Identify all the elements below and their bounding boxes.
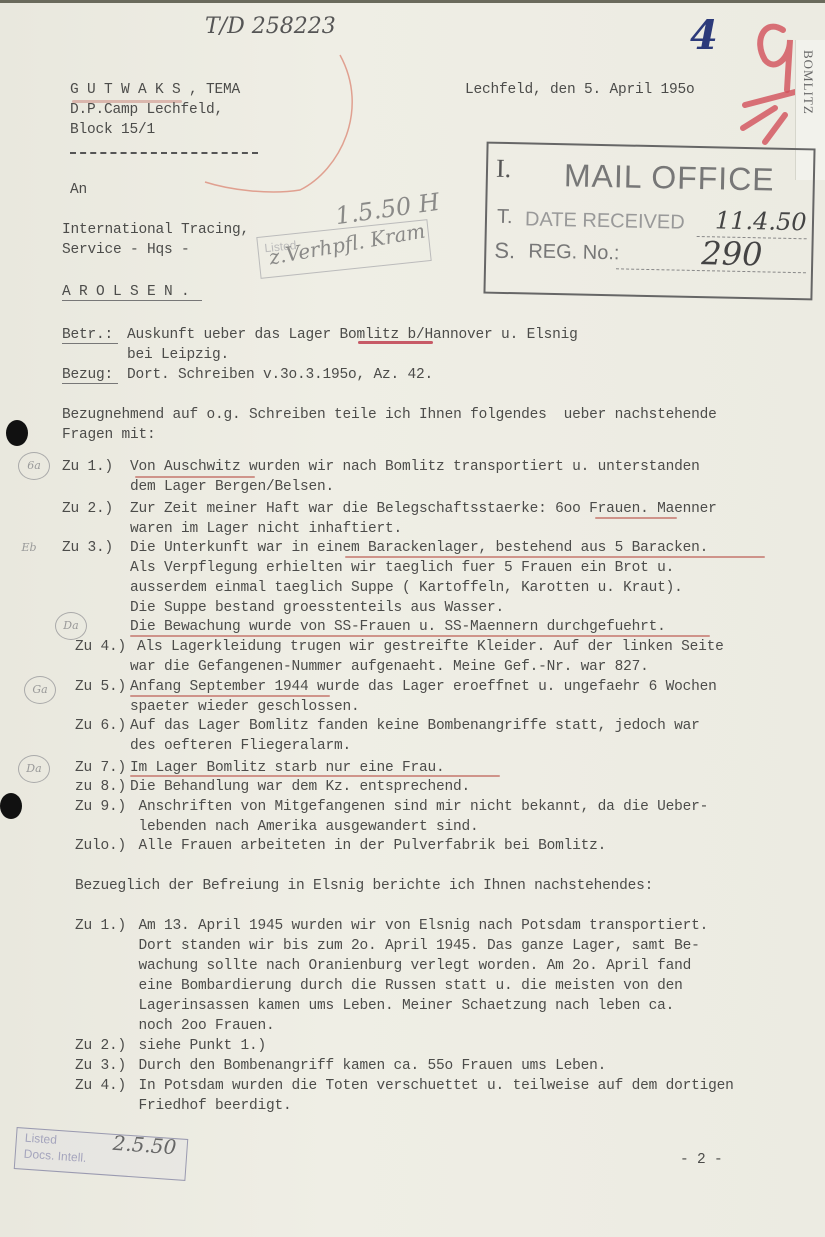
margin-note-3: Eb bbox=[14, 535, 44, 561]
s2-q4-line-1: In Potsdam wurden die Toten verschuettet… bbox=[130, 1076, 734, 1096]
recipient-line-2: Service - Hqs - bbox=[62, 240, 190, 260]
s2-q4-num: Zu 4.) bbox=[75, 1076, 126, 1096]
subject-line-2: bei Leipzig. bbox=[127, 345, 229, 365]
margin-note-5: Ga bbox=[24, 676, 56, 704]
q3-num: Zu 3.) bbox=[62, 538, 113, 558]
stamp-s-label: S. bbox=[494, 238, 515, 264]
stamp-letter-i: I. bbox=[496, 154, 512, 184]
side-tab-label: BOMLITZ bbox=[800, 50, 816, 115]
q4-line-1: Als Lagerkleidung trugen wir gestreifte … bbox=[137, 637, 724, 657]
s2-q1-num: Zu 1.) bbox=[75, 916, 126, 936]
s2-q1-line-1: Am 13. April 1945 wurden wir von Elsnig … bbox=[130, 916, 708, 936]
s2-q1-line-2: Dort standen wir bis zum 2o. April 1945.… bbox=[130, 936, 700, 956]
intro-line-2: Fragen mit: bbox=[62, 425, 156, 445]
place-date: Lechfeld, den 5. April 195o bbox=[465, 80, 695, 100]
q3-line-1: Die Unterkunft war in einem Barackenlage… bbox=[130, 538, 708, 558]
q1-line-2: dem Lager Bergen/Belsen. bbox=[130, 477, 334, 497]
q2-num: Zu 2.) bbox=[62, 499, 113, 519]
q1-line-1: Von Auschwitz wurden wir nach Bomlitz tr… bbox=[130, 457, 700, 477]
punch-hole-top bbox=[6, 420, 28, 446]
reference-text: Dort. Schreiben v.3o.3.195o, Az. 42. bbox=[127, 365, 433, 385]
subject-label: Betr.: bbox=[62, 325, 113, 345]
q9-line-2: lebenden nach Amerika ausgewandert sind. bbox=[130, 817, 479, 837]
margin-note-3b: Da bbox=[55, 612, 87, 640]
stamp-title: MAIL OFFICE bbox=[564, 157, 775, 198]
recipient-city: A R O L S E N . bbox=[62, 282, 190, 302]
q5-num: Zu 5.) bbox=[75, 677, 126, 697]
salutation-to: An bbox=[70, 180, 87, 200]
section2-intro: Bezueglich der Befreiung in Elsnig beric… bbox=[75, 876, 653, 896]
subject-label-underline bbox=[62, 343, 118, 344]
q8-num: zu 8.) bbox=[75, 777, 126, 797]
sender-rule bbox=[70, 152, 258, 154]
q3-line-5: Die Bewachung wurde von SS-Frauen u. SS-… bbox=[130, 617, 666, 637]
q6-line-2: des oefteren Fliegeralarm. bbox=[130, 736, 351, 756]
q3-line-3: ausserdem einmal taeglich Suppe ( Kartof… bbox=[130, 578, 683, 598]
q9-num: Zu 9.) bbox=[75, 797, 126, 817]
s2-q2-line-1: siehe Punkt 1.) bbox=[130, 1036, 266, 1056]
q2-underline bbox=[595, 517, 677, 519]
q5-line-2: spaeter wieder geschlossen. bbox=[130, 697, 360, 717]
margin-note-7: Da bbox=[18, 755, 50, 783]
s2-q3-num: Zu 3.) bbox=[75, 1056, 126, 1076]
sender-address-1: D.P.Camp Lechfeld, bbox=[70, 100, 223, 120]
listed-stamp-line-1: Listed bbox=[24, 1131, 57, 1147]
q9-line-1: Anschriften von Mitgefangenen sind mir n… bbox=[130, 797, 708, 817]
q2-line-1: Zur Zeit meiner Haft war die Belegschaft… bbox=[130, 499, 717, 519]
scan-edge bbox=[0, 0, 825, 3]
page-number: - 2 - bbox=[680, 1150, 723, 1170]
bomlitz-underline bbox=[358, 341, 433, 344]
listed-stamp-handwritten: 2.5.50 bbox=[112, 1131, 177, 1159]
q8-line-1: Die Behandlung war dem Kz. entsprechend. bbox=[130, 777, 470, 797]
sender-name: G U T W A K S , TEMA bbox=[70, 80, 240, 100]
margin-note-1: 6a bbox=[18, 452, 50, 480]
stamp-reg-label: REG. No.: bbox=[528, 240, 620, 265]
q6-num: Zu 6.) bbox=[75, 716, 126, 736]
q5-line-1: Anfang September 1944 wurde das Lager er… bbox=[130, 677, 717, 697]
q10-line-1: Alle Frauen arbeiteten in der Pulverfabr… bbox=[130, 836, 606, 856]
q2-line-2: waren im Lager nicht inhaftiert. bbox=[130, 519, 402, 539]
file-number: T/D 258223 bbox=[205, 14, 336, 39]
s2-q1-line-6: noch 2oo Frauen. bbox=[130, 1016, 275, 1036]
stamp-reg-value: 290 bbox=[701, 234, 763, 273]
punch-hole-bottom bbox=[0, 793, 22, 819]
s2-q1-line-3: wachung sollte nach Oranienburg verlegt … bbox=[130, 956, 691, 976]
q3-line-2: Als Verpflegung erhielten wir taeglich f… bbox=[130, 558, 674, 578]
recipient-city-underline bbox=[62, 300, 202, 301]
reference-label: Bezug: bbox=[62, 365, 113, 385]
reference-label-underline bbox=[62, 383, 118, 384]
stamp-date-label: DATE RECEIVED bbox=[525, 208, 685, 234]
s2-q4-line-2: Friedhof beerdigt. bbox=[130, 1096, 292, 1116]
red-pencil-arc bbox=[200, 50, 360, 200]
stamp-date-value: 11.4.50 bbox=[715, 206, 807, 236]
recipient-line-1: International Tracing, bbox=[62, 220, 249, 240]
q1-num: Zu 1.) bbox=[62, 457, 113, 477]
q4-line-2: war die Gefangenen-Nummer aufgenaeht. Me… bbox=[130, 657, 649, 677]
s2-q2-num: Zu 2.) bbox=[75, 1036, 126, 1056]
sender-address-2: Block 15/1 bbox=[70, 120, 155, 140]
q4-num: Zu 4.) bbox=[75, 637, 126, 657]
s2-q3-line-1: Durch den Bombenangriff kamen ca. 55o Fr… bbox=[130, 1056, 606, 1076]
listed-stamp-line-2: Docs. Intell. bbox=[23, 1147, 87, 1165]
q3-line-4: Die Suppe bestand groesstenteils aus Was… bbox=[130, 598, 504, 618]
listed-docs-stamp: Listed Docs. Intell. 2.5.50 bbox=[14, 1127, 189, 1181]
q7-num: Zu 7.) bbox=[75, 758, 126, 778]
q6-line-1: Auf das Lager Bomlitz fanden keine Bombe… bbox=[130, 716, 700, 736]
mail-office-stamp: I. MAIL OFFICE T. DATE RECEIVED 11.4.50 … bbox=[483, 142, 815, 301]
page-marker-blue: 4 bbox=[690, 12, 718, 59]
q10-num: Zulo.) bbox=[75, 836, 126, 856]
s2-q1-line-4: eine Bombardierung durch die Russen stat… bbox=[130, 976, 683, 996]
document-page: T/D 258223 4 BOMLITZ G U T W A K S , TEM… bbox=[0, 0, 825, 1237]
stamp-t-label: T. bbox=[497, 206, 513, 229]
intro-line-1: Bezugnehmend auf o.g. Schreiben teile ic… bbox=[62, 405, 717, 425]
subject-line-1: Auskunft ueber das Lager Bomlitz b/Hanno… bbox=[127, 325, 578, 345]
s2-q1-line-5: Lagerinsassen kamen ums Leben. Meiner Sc… bbox=[130, 996, 674, 1016]
